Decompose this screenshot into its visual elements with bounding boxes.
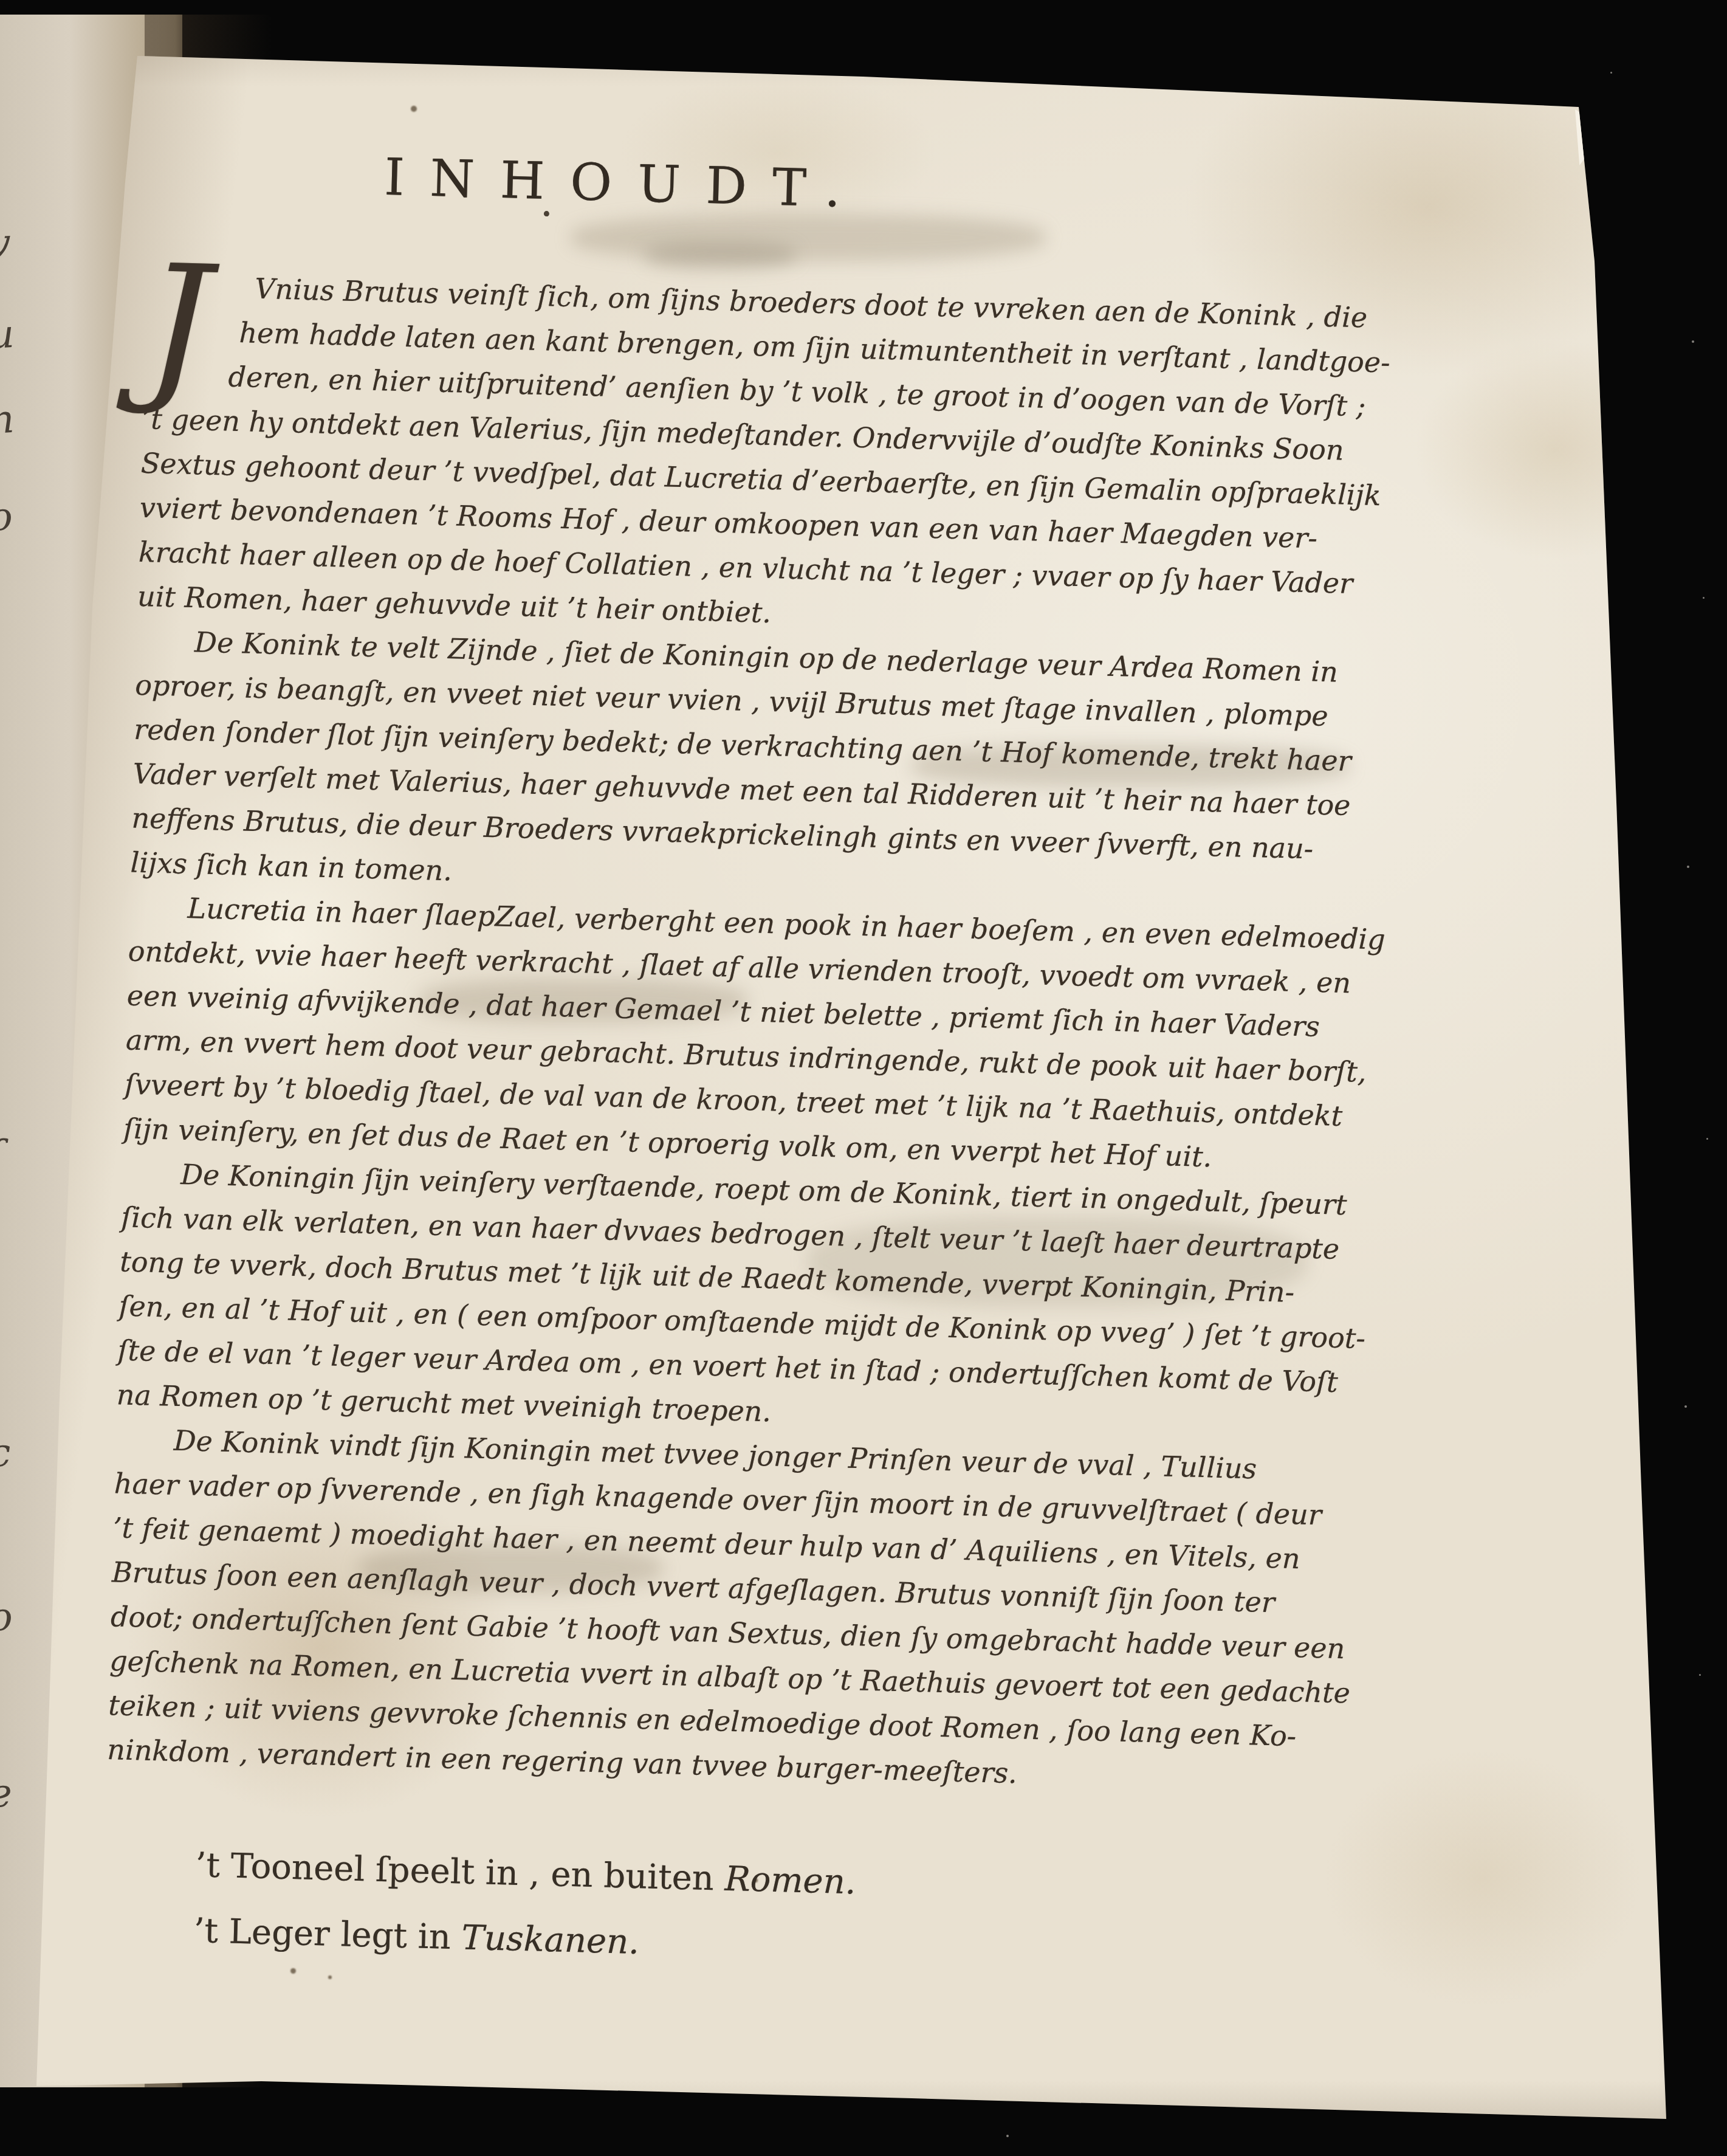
ink-speck (328, 1975, 332, 1979)
dust-speck (1610, 72, 1612, 74)
dust-speck (1699, 1674, 1701, 1676)
dust-speck (1687, 866, 1689, 868)
ink-dot (544, 211, 549, 216)
dust-speck (1706, 1138, 1708, 1140)
cropped-letter-fragment: u (0, 312, 15, 358)
cropped-letter-fragment: v (0, 221, 12, 267)
cropped-letter-fragment: n (0, 397, 15, 443)
stage-note-place: Romen. (724, 1859, 857, 1903)
dust-speck (1703, 597, 1705, 599)
paragraph: De Konink te velt Zijnde , ſiet de Konin… (130, 619, 1431, 919)
stage-note-place: Tuskanen. (461, 1918, 640, 1962)
book-page: INHOUDT. J Vnius Brutus veinſt ſich, om … (0, 0, 1727, 2156)
cropped-letter-fragment: o (0, 1594, 13, 1641)
stage-note-text: ’t Leger legt in (193, 1911, 462, 1958)
paragraph: Vnius Brutus veinſt ſich, om ſijns broed… (137, 264, 1440, 653)
cropped-letter-fragment: c (0, 1430, 12, 1476)
paragraph: De Koningin ſijn veinſery verſtaende, ro… (116, 1151, 1417, 1451)
paragraph: Lucretia in haer ſlaepZael, verberght ee… (123, 885, 1424, 1185)
dust-speck (1006, 2135, 1009, 2137)
cropped-letter-fragment: i (0, 586, 2, 632)
dropcap-initial: J (143, 243, 213, 407)
dust-speck (1684, 1405, 1687, 1408)
dust-speck (1692, 340, 1694, 343)
printed-text-block: INHOUDT. J Vnius Brutus veinſt ſich, om … (101, 90, 1444, 1996)
cropped-letter-fragment: l (0, 908, 2, 954)
cropped-letter-fragment: ſ (0, 1132, 5, 1178)
paragraph: De Konink vindt ſijn Koningin met tvvee … (107, 1417, 1410, 1806)
stage-note-text: ’t Tooneel ſpeelt in , en buiten (195, 1845, 726, 1899)
cropped-letter-fragment: : (0, 136, 3, 181)
photo-background: :vunoilſcoe INHOUDT. J Vnius (0, 0, 1727, 2156)
paper-stain (1416, 340, 1695, 559)
page-corner-fold (1575, 109, 1607, 165)
cropped-letter-fragment: e (0, 1771, 13, 1817)
page-title: INHOUDT. (383, 147, 1443, 235)
stage-notes: ’t Tooneel ſpeelt in , en buiten Romen. … (101, 1830, 1399, 1996)
cropped-letter-fragment: o (0, 494, 13, 540)
body-text: J Vnius Brutus veinſt ſich, om ſijns bro… (107, 264, 1440, 1806)
ink-speck (290, 1968, 296, 1974)
